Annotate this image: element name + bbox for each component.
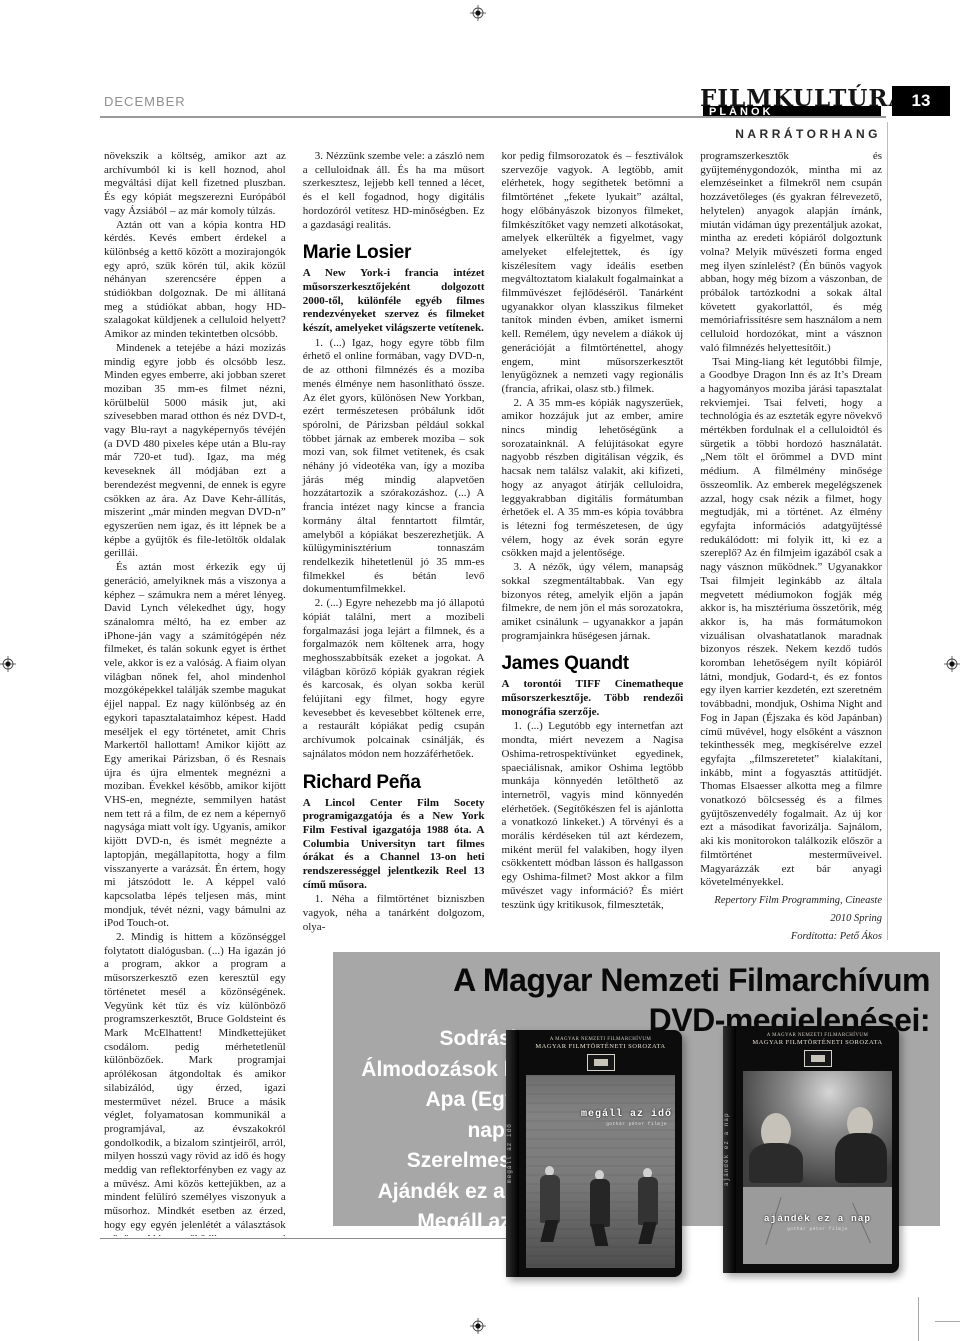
issue-month: DECEMBER [104, 94, 186, 109]
series-line2: MAGYAR FILMTÖRTÉNETI SOROZATA [526, 1043, 675, 1051]
paragraph: 2. Mindig is hittem a közönséggel folyta… [104, 931, 286, 1236]
promo-title-line1: A Magyar Nemzeti Filmarchívum [453, 960, 930, 1000]
magazine-page: DECEMBER FILMKULTÚRA PLÁNOK 13 NARRÁTORH… [0, 0, 960, 1341]
paragraph: Mindenek a tetejébe a házi mozizás mindi… [104, 342, 286, 561]
crop-mark [918, 1297, 919, 1341]
credit-line: Repertory Film Programming, Cineaste [700, 894, 882, 908]
dvd-spine-label: ajándék ez a nap [723, 1026, 736, 1273]
paragraph: Aztán ott van a kópia kontra HD kérdés. … [104, 219, 286, 342]
coat-shape [835, 1133, 887, 1183]
paragraph: 2. (...) Egyre nehezebb ma jó állapotú k… [303, 597, 485, 761]
cover-title: ajándék ez a nap [764, 1213, 871, 1224]
cover-subtitle: gothár péter filmje [606, 1122, 667, 1127]
registration-mark-icon [470, 1318, 486, 1334]
paragraph: És aztán most érkezik egy új generáció, … [104, 561, 286, 931]
series-line1: A MAGYAR NEMZETI FILMARCHÍVUM [743, 1032, 892, 1039]
figure-silhouette [540, 1166, 560, 1242]
section-title: NARRÁTORHANG [580, 127, 881, 141]
figure-silhouette [638, 1168, 658, 1244]
section-heading: Richard Peña [303, 772, 485, 794]
figure-silhouette [590, 1170, 610, 1246]
section-lead: A Lincol Center Film Socety programigazg… [303, 797, 485, 893]
section-heading: James Quandt [502, 653, 684, 675]
dvd-front-cover: A MAGYAR NEMZETI FILMARCHÍVUM MAGYAR FIL… [519, 1030, 682, 1277]
crop-mark [935, 1321, 960, 1322]
magazine-logo-subtitle: PLÁNOK [703, 106, 881, 116]
registration-mark-icon [944, 656, 960, 672]
series-line1: A MAGYAR NEMZETI FILMARCHÍVUM [526, 1036, 675, 1043]
paragraph: 1. (...) Igaz, hogy egyre több film érhe… [303, 337, 485, 597]
paragraph: programszerkesztők és gyűjteménygondozók… [700, 150, 882, 356]
paragraph: 1. Néha a filmtörténet bizniszben vagyok… [303, 893, 485, 934]
paragraph: 3. Nézzünk szembe vele: a zászló nem a c… [303, 150, 485, 232]
registration-mark-icon [0, 656, 16, 672]
paragraph: 2. A 35 mm-es kópiák nagyszerűek, amikor… [502, 397, 684, 561]
series-logo-icon [804, 1050, 832, 1067]
header-rule [100, 116, 886, 118]
section-lead: A New York-i francia intézet műsorszerke… [303, 267, 485, 336]
paragraph: kor pedig filmsorozatok és – fesztiválok… [502, 150, 684, 397]
section-heading: Marie Losier [303, 242, 485, 264]
cover-subtitle: gothár péter filmje [787, 1227, 848, 1232]
dvd-spine-label: megáll az idő [506, 1030, 519, 1277]
registration-mark-icon [470, 5, 486, 21]
credit-line: Fordította: Pető Ákos [700, 930, 882, 944]
credit-line: 2010 Spring [700, 912, 882, 926]
paragraph: 3. A nézők, úgy vélem, manapság sokkal s… [502, 561, 684, 643]
dvd-front-cover: A MAGYAR NEMZETI FILMARCHÍVUM MAGYAR FIL… [736, 1026, 899, 1273]
paragraph: növekszik a költség, amikor azt az archí… [104, 150, 286, 219]
series-header: A MAGYAR NEMZETI FILMARCHÍVUM MAGYAR FIL… [526, 1036, 675, 1051]
paragraph: Tsai Ming-liang két legutóbbi filmje, a … [700, 356, 882, 890]
dvd-cover-ajandek-ez-a-nap: ajándék ez a nap A MAGYAR NEMZETI FILMAR… [723, 1026, 899, 1273]
cover-photo-two-women: ajándék ez a nap gothár péter filmje [743, 1071, 892, 1264]
coat-shape [749, 1143, 803, 1183]
text-column-1: növekszik a költség, amikor azt az archí… [104, 150, 286, 1236]
bottom-rule [100, 1238, 530, 1239]
paragraph: 1. (...) Legutóbb egy internetfan azt mo… [502, 720, 684, 912]
page-number: 13 [892, 86, 950, 116]
dvd-cover-megall-az-ido: megáll az idő A MAGYAR NEMZETI FILMARCHÍ… [506, 1030, 682, 1277]
section-lead: A torontói TIFF Cinematheque műsorszerke… [502, 678, 684, 719]
cover-photo-running-men: megáll az idő gothár péter filmje [526, 1075, 675, 1268]
series-line2: MAGYAR FILMTÖRTÉNETI SOROZATA [743, 1039, 892, 1047]
series-header: A MAGYAR NEMZETI FILMARCHÍVUM MAGYAR FIL… [743, 1032, 892, 1047]
right-margin-rule [887, 122, 888, 940]
cover-title: megáll az idő [581, 1109, 672, 1120]
series-logo-icon [587, 1054, 615, 1071]
